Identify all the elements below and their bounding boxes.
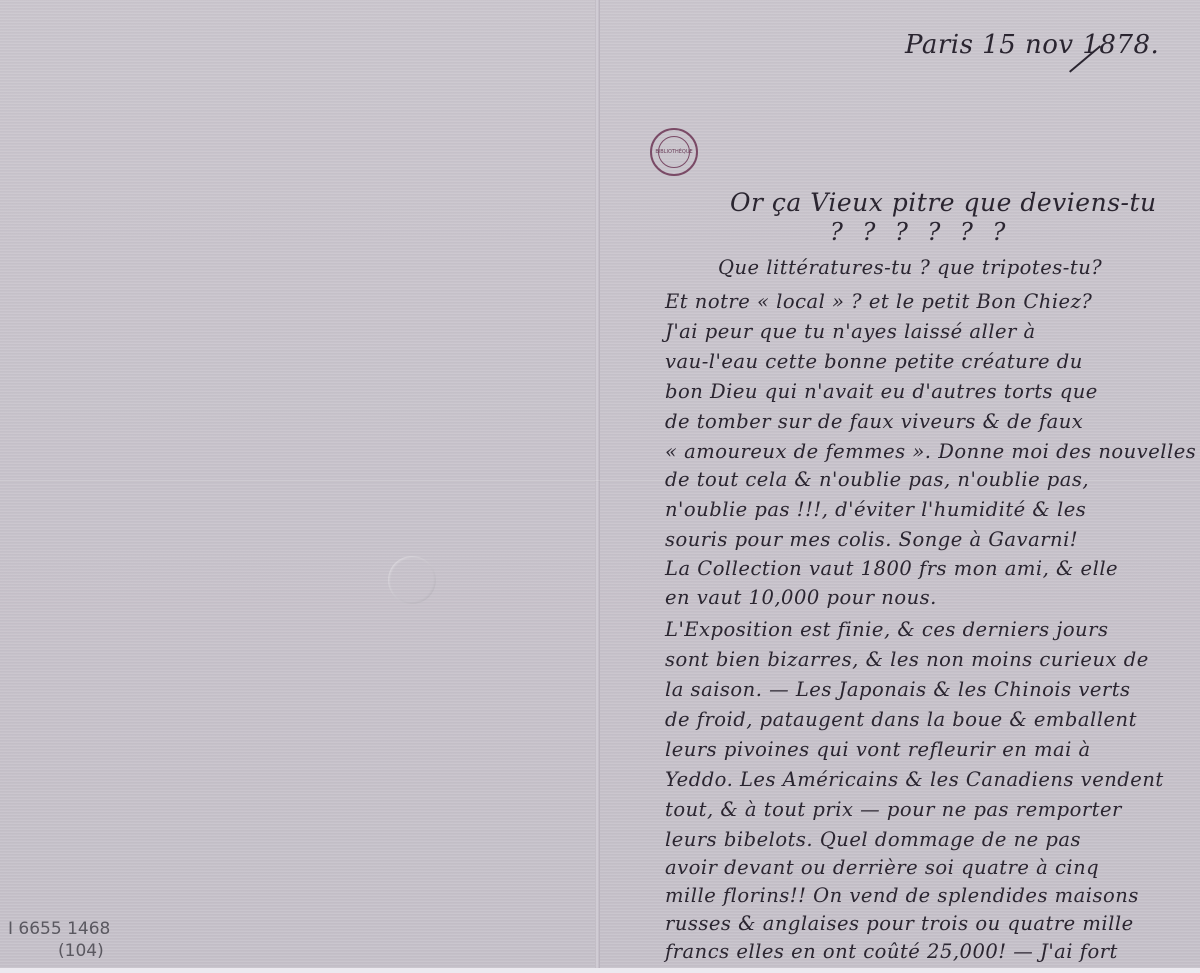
letter-line-underlined: n'oublie pas !!!, d'éviter l'humidité & …	[665, 498, 1086, 521]
letter-line: de froid, pataugent dans la boue & embal…	[665, 708, 1137, 731]
archive-reference-line1: I 6655 1468	[8, 918, 110, 940]
letter-line: la saison. — Les Japonais & les Chinois …	[665, 678, 1131, 701]
library-stamp-text: BIBLIOTHÈQUE	[658, 136, 690, 168]
library-stamp-icon: BIBLIOTHÈQUE	[650, 128, 698, 176]
scan-bottom-edge	[0, 968, 1200, 973]
letter-line: de tomber sur de faux viveurs & de faux	[665, 410, 1083, 433]
letter-line: avoir devant ou derrière soi quatre à ci…	[665, 856, 1099, 879]
archive-reference-line2: (104)	[8, 940, 110, 962]
letter-greeting: Or ça Vieux pitre que deviens-tu	[730, 188, 1157, 217]
letter-line: « amoureux de femmes ». Donne moi des no…	[665, 440, 1196, 463]
letter-sheet: I 6655 1468 (104) BIBLIOTHÈQUE Paris 15 …	[0, 0, 1200, 968]
letter-line: en vaut 10,000 pour nous.	[665, 586, 937, 609]
letter-line: bon Dieu qui n'avait eu d'autres torts q…	[665, 380, 1098, 403]
letter-line: de tout cela & n'oublie pas, n'oublie pa…	[665, 468, 1089, 491]
question-marks: ? ? ? ? ? ?	[830, 218, 1011, 246]
letter-line: sont bien bizarres, & les non moins curi…	[665, 648, 1149, 671]
letter-line: mille florins!! On vend de splendides ma…	[665, 884, 1139, 907]
letter-line: La Collection vaut 1800 frs mon ami, & e…	[665, 557, 1118, 580]
letter-date: Paris 15 nov 1878.	[905, 30, 1159, 60]
letter-line: russes & anglaises pour trois ou quatre …	[665, 912, 1134, 935]
letter-line: leurs bibelots. Quel dommage de ne pas	[665, 828, 1081, 851]
letter-line: souris pour mes colis. Songe à Gavarni!	[665, 528, 1078, 551]
letter-line: L'Exposition est finie, & ces derniers j…	[665, 618, 1108, 641]
embossed-seal-mark	[388, 556, 436, 604]
archive-reference-note: I 6655 1468 (104)	[8, 918, 110, 962]
letter-line-underlined: tout, & à tout prix — pour ne pas rempor…	[665, 798, 1122, 821]
letter-line: Que littératures-tu ? que tripotes-tu?	[718, 256, 1102, 279]
letter-line: Et notre « local » ? et le petit Bon Chi…	[665, 290, 1092, 313]
letter-line: francs elles en ont coûté 25,000! — J'ai…	[665, 940, 1118, 963]
left-page-blank: I 6655 1468 (104)	[0, 0, 597, 968]
letter-line: Yeddo. Les Américains & les Canadiens ve…	[665, 768, 1164, 791]
letter-line: leurs pivoines qui vont refleurir en mai…	[665, 738, 1091, 761]
letter-line: J'ai peur que tu n'ayes laissé aller à	[665, 320, 1036, 343]
letter-line: vau-l'eau cette bonne petite créature du	[665, 350, 1083, 373]
